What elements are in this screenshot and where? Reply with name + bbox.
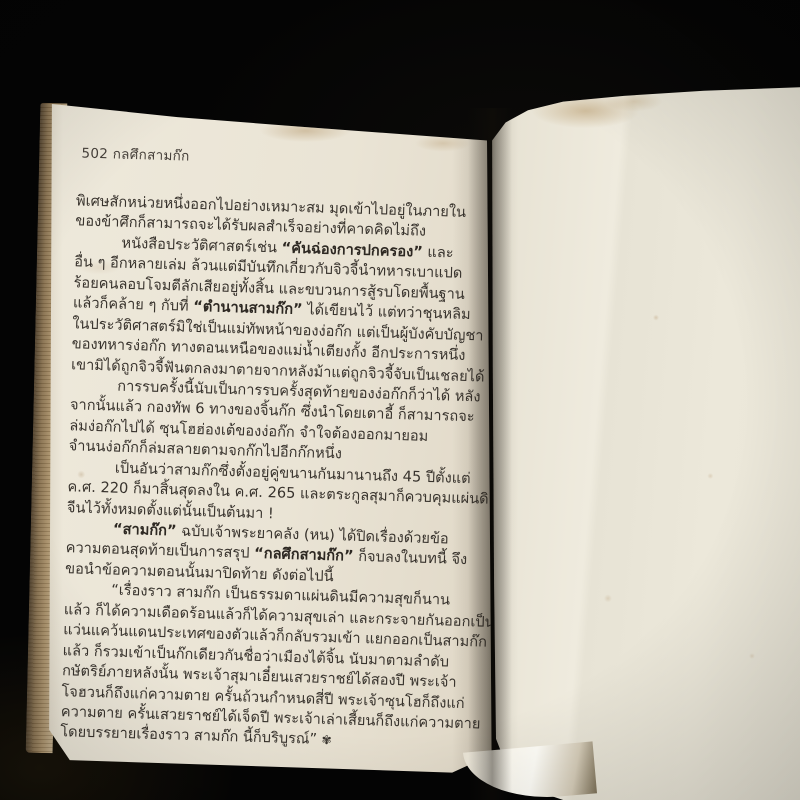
page-curl-edge [463,741,597,800]
paragraph: การรบครั้งนี้นับเป็นการรบครั้งสุดท้ายของ… [68,375,470,469]
right-page-blank [480,80,800,800]
left-page-content: 502 กลศึกสามก๊ก พิเศษสักหน่วยหนึ่งออกไปอ… [21,93,499,796]
left-page: 502 กลศึกสามก๊ก พิเศษสักหน่วยหนึ่งออกไปอ… [40,95,498,785]
page-header: 502 กลศึกสามก๊ก [81,141,190,166]
body-text: พิเศษสักหน่วยหนึ่งออกไปอย่างเหมาะสม มุดเ… [60,191,476,754]
paragraph: หนังสือประวัติศาสตร์เช่น “คันฉ่องการปกคร… [71,232,475,387]
paragraph: “เรื่องราว สามก๊ก เป็นธรรมดาแผ่นดินมีควา… [60,579,465,754]
end-ornament: ✾ [321,733,333,747]
book-photo: 502 กลศึกสามก๊ก พิเศษสักหน่วยหนึ่งออกไปอ… [0,0,800,800]
